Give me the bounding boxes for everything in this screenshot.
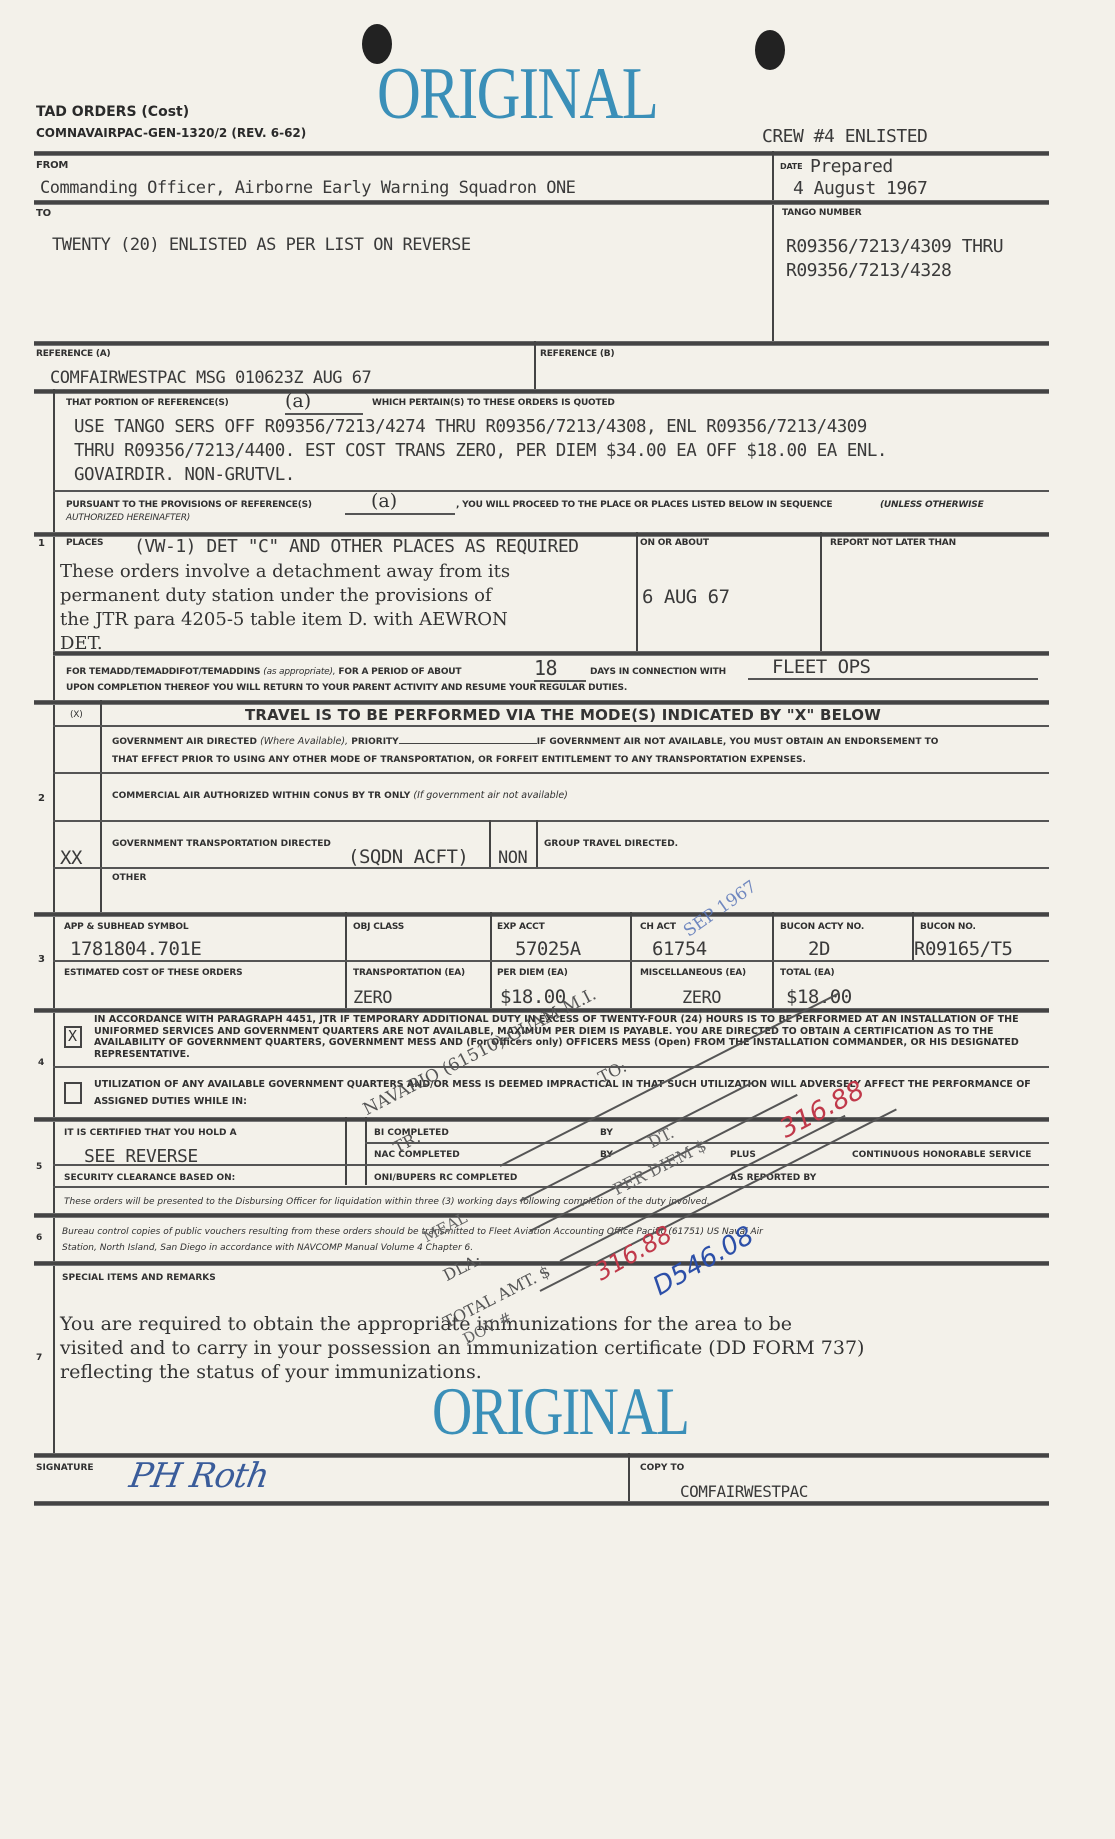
stamp-text-dla: DLA: (440, 1250, 485, 1285)
places-value: (VW-1) DET "C" AND OTHER PLACES AS REQUI… (134, 536, 579, 557)
divider-gov-transport (53, 820, 1049, 822)
app-label: APP & SUBHEAD SYMBOL (64, 922, 188, 932)
places-label: PLACES (66, 538, 103, 548)
divider-other (53, 867, 1049, 869)
commercial-label: COMMERCIAL AIR AUTHORIZED WITHIN CONUS B… (112, 791, 410, 801)
divider-bottom (34, 1501, 1049, 1506)
divider-pursuant (53, 490, 1049, 492)
gov-air-line-1: GOVERNMENT AIR DIRECTED (Where Available… (112, 736, 938, 748)
quoted-line-1: USE TANGO SERS OFF R09356/7213/4274 THRU… (74, 417, 867, 437)
signature-label: SIGNATURE (36, 1462, 94, 1474)
stamp-text-meal: MEAL (420, 1209, 470, 1246)
gov-air-rest: IF GOVERNMENT AIR NOT AVAILABLE, YOU MUS… (537, 737, 939, 747)
divider-references (34, 341, 1049, 346)
reference-b-label: REFERENCE (b) (540, 349, 614, 359)
commercial-italic: (If government air not available) (413, 790, 568, 801)
gov-transport-mark: XX (60, 847, 82, 869)
tango-value-2: R09356/7213/4328 (786, 260, 951, 281)
ch-value: 61754 (652, 938, 707, 960)
date-received-stamp: SEP 1967 (680, 877, 760, 942)
remarks-label: SPECIAL ITEMS AND REMARKS (62, 1272, 216, 1284)
stamp-text-dt: DT. (645, 1123, 677, 1152)
divider-quoted (34, 389, 1049, 394)
left-margin-line (53, 389, 55, 1453)
certified-label: IT IS CERTIFIED THAT YOU HOLD A (64, 1127, 237, 1139)
temadd-text: FOR TEMADD/TEMADDIFOT/TEMADDINS (66, 667, 260, 677)
remarks-line-2: visited and to carry in your possession … (60, 1336, 864, 1360)
section-4-number: 4 (38, 1058, 44, 1068)
stamp-text-to: TO: (595, 1057, 630, 1087)
quarters-checkbox-2[interactable] (64, 1082, 82, 1104)
section-1-number: 1 (38, 538, 45, 549)
section-3-number: 3 (38, 954, 45, 965)
priority-field (399, 743, 537, 744)
form-number: COMNAVAIRPAC-GEN-1320/2 (REV. 6-62) (36, 126, 306, 140)
date-value-prepared: Prepared (810, 156, 893, 177)
gov-air-label: GOVERNMENT AIR DIRECTED (112, 737, 257, 747)
divider-x-column (100, 700, 102, 912)
from-label: FROM (36, 160, 68, 171)
from-value: Commanding Officer, Airborne Early Warni… (40, 178, 575, 198)
signature-value: PH Roth (126, 1456, 271, 1496)
group-mark: NON (498, 848, 527, 868)
obj-label: OBJ CLASS (353, 922, 404, 932)
quoted-line-3: GOVAIRDIR. NON-GRUTVL. (74, 465, 295, 485)
places-text-3: the JTR para 4205-5 table item D. with A… (60, 608, 508, 632)
divider-bi-box (365, 1117, 367, 1185)
exp-value: 57025A (515, 938, 581, 960)
bucon-value: R09165/T5 (914, 938, 1012, 960)
pursuant-label-post: , YOU WILL PROCEED TO THE PLACE OR PLACE… (456, 500, 832, 510)
divider-commercial (53, 772, 1049, 774)
quarters-checkbox-1[interactable]: X (64, 1026, 82, 1048)
connection-value: FLEET OPS (748, 656, 1038, 680)
places-text-2: permanent duty station under the provisi… (60, 584, 492, 608)
date-value: 4 August 1967 (793, 178, 927, 199)
temadd-italic: (as appropriate), (263, 667, 335, 677)
divider-from-to (34, 200, 1049, 205)
divider-top (34, 151, 1049, 156)
bucon-acty-label: BUCON ACTY NO. (780, 922, 864, 932)
clearance-label: SECURITY CLEARANCE BASED ON: (64, 1172, 235, 1184)
quarters-checkbox-1-mark: X (68, 1027, 77, 1045)
form-title: TAD ORDERS (Cost) (36, 104, 189, 120)
divider-reference-b (534, 341, 536, 389)
on-or-about-label: ON OR ABOUT (640, 538, 709, 548)
section-2-number: 2 (38, 793, 45, 804)
pursuant-label-pre: PURSUANT TO THE PROVISIONS OF REFERENCE(… (66, 500, 312, 510)
est-label: ESTIMATED COST OF THESE ORDERS (64, 968, 242, 978)
period-value: 18 (534, 656, 586, 682)
app-value: 1781804.701E (70, 938, 201, 960)
quoted-ref: (a) (285, 389, 363, 415)
travel-title: TRAVEL IS TO BE PERFORMED VIA THE MODE(S… (245, 706, 881, 724)
tango-label: TANGO NUMBER (782, 208, 861, 218)
reference-a-label: REFERENCE (a) (36, 349, 110, 359)
divider-non-right (536, 820, 538, 868)
completion-text: UPON COMPLETION THEREOF YOU WILL RETURN … (66, 683, 627, 693)
gov-air-italic: (Where Available), (260, 736, 348, 747)
commercial-line: COMMERCIAL AIR AUTHORIZED WITHIN CONUS B… (112, 790, 568, 802)
copy-to-value: COMFAIRWESTPAC (680, 1482, 808, 1501)
divider-non-left (489, 820, 491, 868)
report-label: REPORT NOT LATER THAN (830, 538, 956, 548)
bucon-acty-value: 2D (808, 938, 830, 960)
divider-on-or-about (636, 532, 638, 652)
stamp-text-origin: NAVARIO (61510) GUAM M.I. (360, 985, 600, 1120)
crew-label: CREW #4 ENLISTED (762, 126, 927, 147)
divider-clearance (345, 1117, 347, 1185)
remarks-line-3: reflecting the status of your immunizati… (60, 1360, 482, 1384)
priority-label: PRIORITY (351, 737, 398, 747)
exp-label: EXP ACCT (497, 922, 545, 932)
x-header: (x) (70, 710, 83, 720)
divider-copy-to (628, 1453, 630, 1501)
divider-section-3 (34, 912, 1049, 917)
original-stamp-bottom: ORIGINAL (432, 1372, 688, 1451)
ch-label: CH ACT (640, 922, 676, 932)
reference-a-value: COMFAIRWESTPAC MSG 010623Z AUG 67 (50, 368, 371, 388)
section-5-number: 5 (36, 1162, 42, 1172)
punch-hole-right (755, 30, 785, 70)
places-text-1: These orders involve a detachment away f… (60, 560, 510, 584)
divider-section-2 (34, 700, 1049, 705)
section-6-number: 6 (36, 1233, 42, 1243)
pursuant-label-italic-2: authorized hereinafter) (66, 513, 190, 523)
pursuant-ref: (a) (345, 489, 455, 515)
group-label: GROUP TRAVEL DIRECTED. (544, 838, 678, 850)
divider-vertical-date (772, 151, 774, 341)
copy-to-label: COPY TO (640, 1462, 684, 1474)
divider-travel-title (53, 725, 1049, 727)
quoted-label-pre: THAT PORTION OF REFERENCE(S) (66, 398, 229, 408)
date-label: DATE (780, 162, 802, 171)
section-7-number: 7 (36, 1353, 42, 1363)
original-stamp-top: ORIGINAL (377, 52, 657, 137)
days-label: DAYS IN CONNECTION WITH (590, 667, 726, 677)
bucon-label: BUCON NO. (920, 922, 976, 932)
gov-transport-value: (SQDN ACFT) (348, 846, 468, 868)
period-label: FOR A PERIOD OF ABOUT (338, 667, 461, 677)
pursuant-label-italic-1: (Unless otherwise (880, 500, 984, 510)
quoted-line-2: THRU R09356/7213/4400. EST COST TRANS ZE… (74, 441, 887, 461)
temadd-label: FOR TEMADD/TEMADDIFOT/TEMADDINS (as appr… (66, 667, 461, 677)
on-or-about-value: 6 AUG 67 (642, 586, 730, 608)
tango-value-1: R09356/7213/4309 THRU (786, 236, 1003, 257)
remarks-line-1: You are required to obtain the appropria… (60, 1312, 792, 1336)
stamp-text-tr: TR. (390, 1127, 423, 1157)
quoted-label-post: WHICH PERTAIN(S) TO THESE ORDERS IS QUOT… (372, 398, 615, 408)
gov-transport-label: GOVERNMENT TRANSPORTATION DIRECTED (112, 838, 331, 850)
to-label: TO (36, 208, 51, 219)
other-label: OTHER (112, 872, 146, 884)
divider-report (820, 532, 822, 652)
gov-air-line-2: THAT EFFECT PRIOR TO USING ANY OTHER MOD… (112, 754, 806, 766)
to-value: TWENTY (20) ENLISTED AS PER LIST ON REVE… (52, 235, 471, 255)
